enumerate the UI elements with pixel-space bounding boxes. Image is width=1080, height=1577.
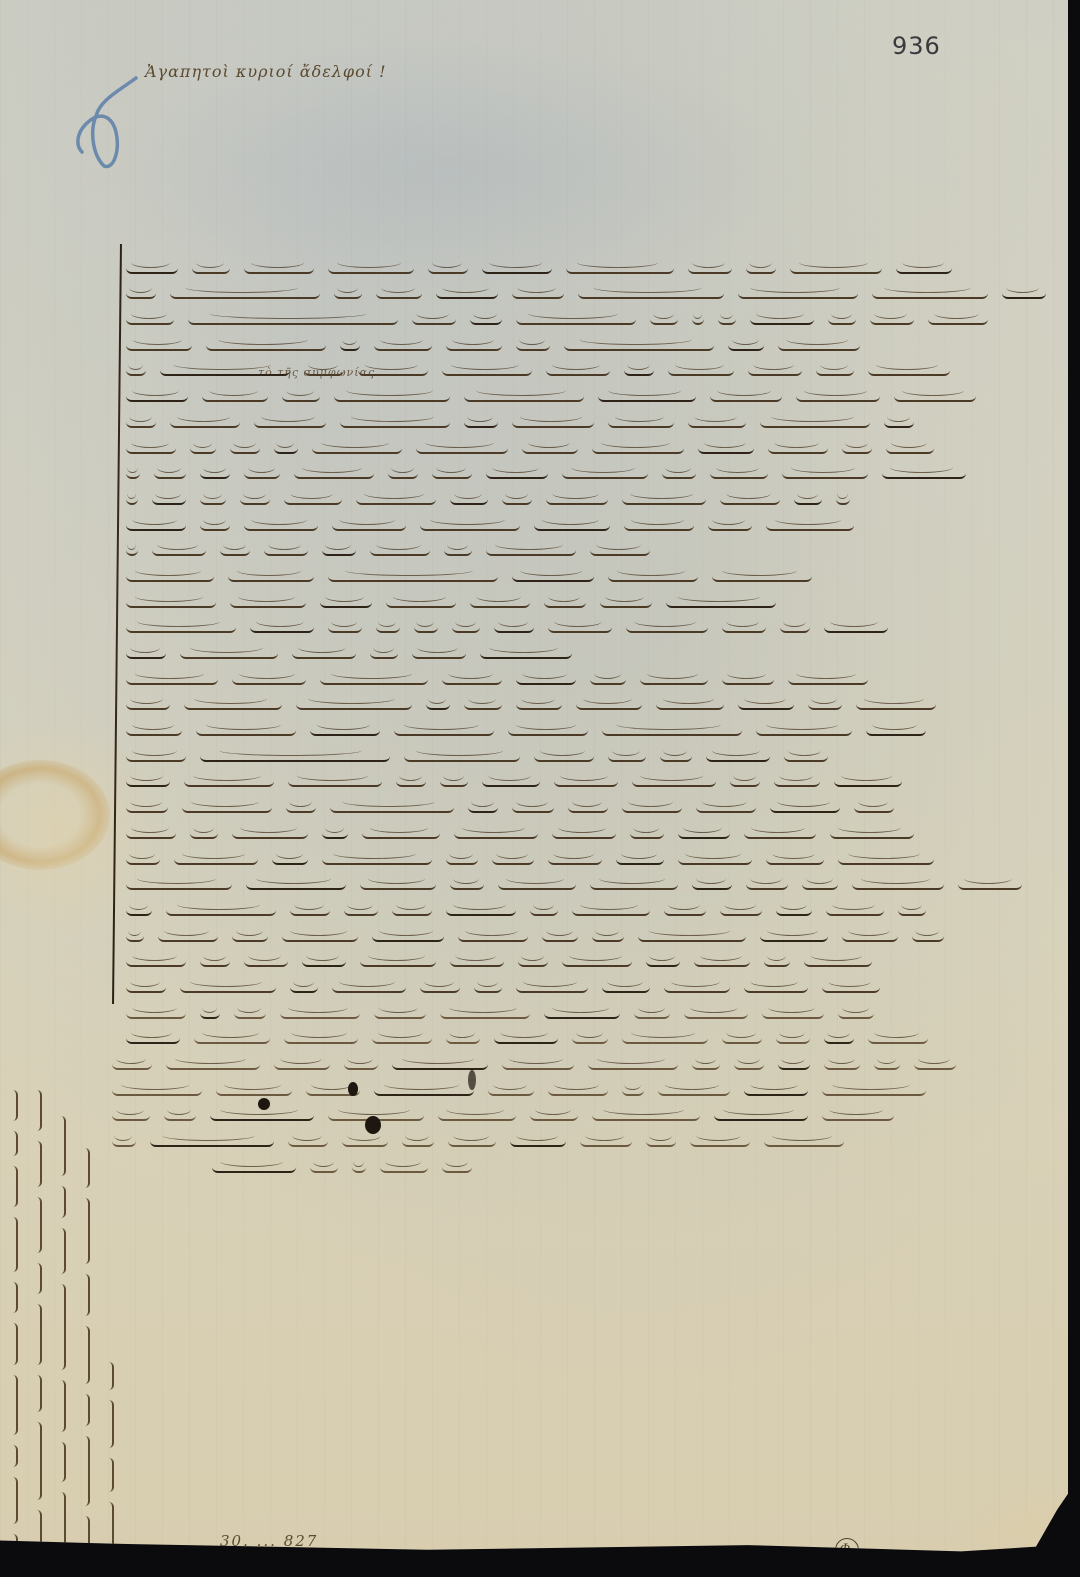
handwritten-word bbox=[738, 699, 794, 710]
handwritten-word bbox=[294, 468, 374, 479]
handwritten-word bbox=[196, 725, 296, 736]
handwritten-word bbox=[690, 1136, 750, 1147]
handwritten-word bbox=[180, 982, 276, 993]
handwritten-word bbox=[244, 263, 314, 274]
handwritten-word bbox=[166, 1059, 260, 1070]
handwritten-word bbox=[512, 802, 554, 813]
handwritten-word bbox=[630, 828, 664, 839]
text-line bbox=[112, 351, 1060, 377]
handwritten-word bbox=[808, 699, 842, 710]
handwritten-word bbox=[210, 1110, 314, 1121]
handwritten-word bbox=[448, 1136, 496, 1147]
text-line bbox=[112, 890, 1060, 916]
handwritten-word bbox=[894, 391, 976, 402]
text-line bbox=[112, 248, 1060, 274]
text-line bbox=[112, 736, 1060, 762]
handwritten-word bbox=[126, 520, 186, 531]
handwritten-word bbox=[958, 879, 1022, 890]
handwritten-word bbox=[386, 597, 456, 608]
handwritten-word bbox=[446, 340, 502, 351]
text-line bbox=[112, 865, 1060, 891]
handwritten-word bbox=[190, 828, 218, 839]
handwritten-word bbox=[200, 751, 390, 762]
handwritten-word bbox=[548, 622, 612, 633]
handwritten-word bbox=[444, 545, 472, 556]
handwritten-word bbox=[750, 314, 814, 325]
handwritten-word bbox=[474, 982, 502, 993]
handwritten-word bbox=[126, 597, 216, 608]
handwritten-word bbox=[164, 1110, 196, 1121]
handwritten-word bbox=[492, 854, 534, 865]
handwritten-word bbox=[250, 622, 314, 633]
text-line bbox=[112, 993, 1060, 1019]
handwritten-word bbox=[666, 597, 776, 608]
handwritten-word bbox=[824, 1033, 854, 1044]
handwritten-word bbox=[784, 751, 828, 762]
handwritten-word bbox=[512, 288, 564, 299]
text-line bbox=[112, 1070, 1060, 1096]
handwritten-word bbox=[488, 1085, 534, 1096]
handwritten-word bbox=[416, 443, 508, 454]
handwritten-word bbox=[842, 931, 898, 942]
handwritten-word bbox=[692, 1059, 720, 1070]
handwritten-word bbox=[126, 725, 182, 736]
handwritten-word bbox=[468, 802, 498, 813]
handwritten-word bbox=[126, 699, 170, 710]
handwritten-word bbox=[822, 1110, 894, 1121]
handwritten-word bbox=[160, 365, 290, 376]
handwritten-word bbox=[778, 1059, 810, 1070]
handwritten-word bbox=[232, 674, 306, 685]
scan-border-right bbox=[1068, 0, 1080, 1577]
handwritten-word bbox=[694, 956, 750, 967]
handwritten-word bbox=[126, 340, 192, 351]
handwritten-word bbox=[572, 1033, 608, 1044]
handwritten-word bbox=[780, 622, 810, 633]
handwritten-word bbox=[290, 905, 330, 916]
handwritten-word bbox=[914, 1059, 956, 1070]
handwritten-word bbox=[322, 545, 356, 556]
handwritten-word bbox=[33, 1141, 42, 1187]
handwritten-word bbox=[57, 1228, 66, 1274]
handwritten-word bbox=[828, 314, 856, 325]
marginal-line bbox=[90, 1090, 114, 1570]
text-line bbox=[112, 710, 1060, 736]
handwritten-word bbox=[760, 417, 870, 428]
handwritten-word bbox=[626, 622, 708, 633]
handwritten-word bbox=[105, 1400, 114, 1448]
handwritten-word bbox=[794, 494, 822, 505]
handwritten-word bbox=[194, 1033, 270, 1044]
handwritten-word bbox=[608, 571, 698, 582]
handwritten-word bbox=[436, 288, 498, 299]
handwritten-word bbox=[842, 443, 872, 454]
handwritten-word bbox=[764, 956, 790, 967]
foxing-stain bbox=[0, 760, 110, 870]
handwritten-word bbox=[838, 1008, 874, 1019]
handwritten-word bbox=[688, 263, 732, 274]
handwritten-word bbox=[360, 956, 436, 967]
handwritten-word bbox=[766, 854, 824, 865]
signature-name: … bbox=[865, 1538, 882, 1558]
text-line bbox=[112, 839, 1060, 865]
text-line bbox=[112, 787, 1060, 813]
handwritten-word bbox=[564, 340, 714, 351]
handwritten-word bbox=[450, 956, 504, 967]
handwritten-word bbox=[200, 520, 230, 531]
handwritten-word bbox=[340, 340, 360, 351]
handwritten-word bbox=[246, 879, 346, 890]
text-line bbox=[112, 1121, 1060, 1147]
handwritten-word bbox=[870, 314, 914, 325]
handwritten-word bbox=[288, 776, 382, 787]
handwritten-word bbox=[126, 751, 186, 762]
handwritten-word bbox=[776, 1033, 810, 1044]
handwritten-word bbox=[328, 622, 362, 633]
handwritten-word bbox=[334, 288, 362, 299]
handwritten-word bbox=[320, 597, 372, 608]
handwritten-word bbox=[898, 905, 926, 916]
handwritten-word bbox=[580, 1136, 632, 1147]
handwritten-word bbox=[1002, 288, 1046, 299]
handwritten-word bbox=[376, 288, 422, 299]
handwritten-word bbox=[728, 340, 764, 351]
handwritten-word bbox=[852, 879, 944, 890]
handwritten-word bbox=[730, 776, 760, 787]
handwritten-word bbox=[508, 725, 588, 736]
handwritten-word bbox=[464, 699, 502, 710]
handwritten-word bbox=[824, 622, 888, 633]
handwritten-word bbox=[796, 391, 880, 402]
handwritten-word bbox=[344, 905, 378, 916]
text-line bbox=[112, 1019, 1060, 1045]
handwritten-word bbox=[764, 1136, 844, 1147]
handwritten-word bbox=[57, 1284, 66, 1370]
handwritten-word bbox=[352, 1162, 366, 1173]
handwritten-word bbox=[714, 1110, 808, 1121]
handwritten-word bbox=[678, 854, 752, 865]
handwritten-word bbox=[546, 365, 610, 376]
handwritten-word bbox=[322, 854, 432, 865]
text-line bbox=[112, 1044, 1060, 1070]
handwritten-word bbox=[782, 468, 868, 479]
handwritten-word bbox=[126, 931, 144, 942]
handwritten-word bbox=[756, 725, 852, 736]
handwritten-word bbox=[464, 417, 498, 428]
handwritten-word bbox=[356, 494, 436, 505]
text-line bbox=[112, 685, 1060, 711]
handwritten-word bbox=[450, 879, 484, 890]
handwritten-word bbox=[170, 417, 240, 428]
handwritten-word bbox=[81, 1436, 90, 1506]
handwritten-word bbox=[394, 725, 494, 736]
handwritten-word bbox=[274, 443, 298, 454]
handwritten-word bbox=[590, 674, 626, 685]
handwritten-word bbox=[712, 571, 812, 582]
handwritten-word bbox=[388, 468, 418, 479]
text-line bbox=[112, 659, 1060, 685]
handwritten-word bbox=[744, 828, 816, 839]
handwritten-word bbox=[650, 314, 678, 325]
handwritten-word bbox=[442, 1162, 472, 1173]
handwritten-word bbox=[592, 931, 624, 942]
handwritten-word bbox=[310, 725, 380, 736]
handwritten-word bbox=[404, 751, 520, 762]
handwritten-word bbox=[516, 982, 588, 993]
handwritten-word bbox=[486, 545, 576, 556]
handwritten-word bbox=[692, 314, 704, 325]
folio-number: 936 bbox=[892, 32, 941, 60]
handwritten-word bbox=[542, 931, 578, 942]
handwritten-word bbox=[872, 288, 988, 299]
text-line bbox=[112, 479, 1060, 505]
handwritten-word bbox=[220, 545, 250, 556]
handwritten-word bbox=[720, 905, 762, 916]
handwritten-word bbox=[9, 1090, 18, 1121]
scan-border-bottom bbox=[0, 1556, 1080, 1577]
handwritten-word bbox=[510, 1136, 566, 1147]
handwritten-word bbox=[882, 468, 966, 479]
handwritten-word bbox=[206, 340, 326, 351]
handwritten-word bbox=[768, 443, 828, 454]
handwritten-word bbox=[886, 443, 934, 454]
handwritten-word bbox=[9, 1375, 18, 1434]
text-line bbox=[112, 402, 1060, 428]
handwritten-word bbox=[280, 1008, 360, 1019]
handwritten-word bbox=[274, 1059, 330, 1070]
handwritten-word bbox=[340, 417, 450, 428]
handwritten-word bbox=[392, 905, 432, 916]
marginal-line bbox=[18, 1090, 42, 1570]
text-line bbox=[112, 633, 1060, 659]
text-line bbox=[112, 762, 1060, 788]
handwritten-word bbox=[428, 263, 468, 274]
handwritten-word bbox=[624, 520, 694, 531]
ink-blot bbox=[258, 1098, 270, 1110]
handwritten-word bbox=[548, 1085, 608, 1096]
text-line bbox=[112, 428, 1060, 454]
handwritten-word bbox=[272, 854, 308, 865]
handwritten-word bbox=[33, 1197, 42, 1253]
handwritten-word bbox=[622, 1085, 644, 1096]
handwritten-word bbox=[622, 1033, 708, 1044]
handwritten-word bbox=[81, 1198, 90, 1264]
handwritten-word bbox=[33, 1304, 42, 1365]
handwritten-word bbox=[126, 1008, 186, 1019]
handwritten-word bbox=[192, 263, 230, 274]
handwritten-word bbox=[112, 1085, 202, 1096]
handwritten-word bbox=[802, 879, 838, 890]
handwritten-word bbox=[105, 1502, 114, 1562]
text-line bbox=[112, 916, 1060, 942]
handwritten-word bbox=[438, 1110, 516, 1121]
blue-pencil-loop-mark bbox=[70, 70, 150, 170]
handwritten-word bbox=[200, 494, 226, 505]
handwritten-word bbox=[602, 982, 650, 993]
manuscript-page: 936 Ἀγαπητοὶ κυριοί ἄδελφοί ! τὸ τῆς συμ… bbox=[0, 0, 1068, 1556]
handwritten-word bbox=[530, 1110, 578, 1121]
handwritten-word bbox=[150, 1136, 274, 1147]
handwritten-word bbox=[302, 956, 346, 967]
handwritten-word bbox=[126, 571, 214, 582]
text-line bbox=[112, 274, 1060, 300]
text-line bbox=[112, 1096, 1060, 1122]
handwritten-word bbox=[126, 443, 176, 454]
handwritten-word bbox=[33, 1375, 42, 1412]
handwritten-word bbox=[668, 365, 734, 376]
handwritten-word bbox=[562, 956, 632, 967]
handwritten-word bbox=[590, 545, 650, 556]
handwritten-word bbox=[562, 468, 648, 479]
handwritten-word bbox=[33, 1263, 42, 1295]
handwritten-word bbox=[516, 674, 576, 685]
handwritten-word bbox=[288, 1136, 328, 1147]
handwritten-word bbox=[470, 597, 530, 608]
handwritten-word bbox=[502, 1059, 574, 1070]
handwritten-word bbox=[664, 905, 706, 916]
handwritten-word bbox=[578, 288, 724, 299]
handwritten-word bbox=[332, 982, 406, 993]
handwritten-word bbox=[202, 391, 268, 402]
handwritten-word bbox=[552, 828, 616, 839]
handwritten-word bbox=[212, 1162, 296, 1173]
handwritten-word bbox=[432, 468, 472, 479]
handwritten-word bbox=[494, 622, 534, 633]
handwritten-word bbox=[392, 1059, 488, 1070]
handwritten-word bbox=[370, 545, 430, 556]
handwritten-word bbox=[216, 1085, 292, 1096]
handwritten-word bbox=[152, 494, 186, 505]
handwritten-word bbox=[286, 802, 316, 813]
handwritten-word bbox=[646, 956, 680, 967]
handwritten-word bbox=[184, 776, 274, 787]
handwritten-word bbox=[836, 494, 850, 505]
salutation: Ἀγαπητοὶ κυριοί ἄδελφοί ! bbox=[145, 62, 387, 81]
handwritten-word bbox=[442, 674, 502, 685]
text-line bbox=[112, 608, 1060, 634]
handwritten-word bbox=[638, 931, 746, 942]
handwritten-word bbox=[522, 443, 578, 454]
handwritten-word bbox=[494, 1033, 558, 1044]
handwritten-word bbox=[57, 1442, 66, 1482]
handwritten-word bbox=[126, 674, 218, 685]
handwritten-word bbox=[328, 263, 414, 274]
text-line bbox=[112, 1147, 1060, 1173]
handwritten-word bbox=[374, 1008, 426, 1019]
handwritten-word bbox=[646, 1136, 676, 1147]
handwritten-word bbox=[804, 956, 872, 967]
handwritten-word bbox=[442, 365, 532, 376]
handwritten-word bbox=[105, 1362, 114, 1390]
handwritten-word bbox=[230, 443, 260, 454]
handwritten-word bbox=[322, 828, 348, 839]
handwritten-word bbox=[608, 751, 646, 762]
handwritten-word bbox=[57, 1492, 66, 1562]
handwritten-word bbox=[244, 956, 288, 967]
text-line bbox=[112, 942, 1060, 968]
handwritten-word bbox=[105, 1458, 114, 1492]
handwritten-word bbox=[450, 494, 488, 505]
handwritten-word bbox=[334, 391, 450, 402]
handwritten-word bbox=[572, 905, 650, 916]
handwritten-word bbox=[486, 468, 548, 479]
handwritten-word bbox=[414, 622, 438, 633]
handwritten-word bbox=[624, 365, 654, 376]
handwritten-word bbox=[234, 1008, 266, 1019]
handwritten-word bbox=[826, 905, 884, 916]
handwritten-word bbox=[834, 776, 902, 787]
marginal-line bbox=[66, 1090, 90, 1570]
handwritten-word bbox=[516, 699, 562, 710]
handwritten-word bbox=[372, 1033, 432, 1044]
handwritten-word bbox=[622, 802, 682, 813]
text-line bbox=[112, 813, 1060, 839]
handwritten-word bbox=[230, 597, 306, 608]
handwritten-word bbox=[546, 494, 608, 505]
handwritten-word bbox=[722, 622, 766, 633]
ink-blot bbox=[348, 1082, 358, 1096]
handwritten-word bbox=[412, 648, 466, 659]
handwritten-word bbox=[734, 1059, 764, 1070]
handwritten-word bbox=[608, 417, 674, 428]
handwritten-word bbox=[470, 314, 502, 325]
handwritten-word bbox=[480, 648, 572, 659]
handwritten-word bbox=[126, 288, 156, 299]
handwritten-word bbox=[822, 982, 880, 993]
handwritten-word bbox=[282, 391, 320, 402]
handwritten-word bbox=[420, 982, 460, 993]
handwritten-word bbox=[576, 699, 642, 710]
text-line bbox=[112, 582, 1060, 608]
handwritten-word bbox=[180, 648, 278, 659]
handwritten-word bbox=[426, 699, 450, 710]
handwritten-word bbox=[9, 1282, 18, 1313]
handwritten-word bbox=[232, 931, 268, 942]
handwritten-word bbox=[112, 1059, 152, 1070]
handwritten-word bbox=[57, 1186, 66, 1218]
handwritten-word bbox=[126, 956, 186, 967]
handwritten-word bbox=[244, 468, 280, 479]
handwritten-word bbox=[464, 391, 584, 402]
handwritten-word bbox=[774, 776, 820, 787]
handwritten-word bbox=[744, 1085, 808, 1096]
handwritten-word bbox=[454, 828, 538, 839]
handwritten-word bbox=[412, 314, 456, 325]
handwritten-word bbox=[664, 982, 730, 993]
handwritten-word bbox=[9, 1131, 18, 1156]
handwritten-word bbox=[290, 982, 318, 993]
handwritten-word bbox=[440, 776, 468, 787]
handwritten-word bbox=[762, 1008, 824, 1019]
handwritten-word bbox=[182, 802, 272, 813]
handwritten-word bbox=[292, 648, 356, 659]
handwritten-word bbox=[678, 828, 730, 839]
handwritten-word bbox=[370, 648, 398, 659]
text-line bbox=[112, 505, 1060, 531]
text-line bbox=[112, 556, 1060, 582]
handwritten-word bbox=[296, 699, 412, 710]
handwritten-word bbox=[254, 417, 326, 428]
handwritten-word bbox=[126, 622, 236, 633]
ink-blot bbox=[365, 1116, 381, 1134]
handwritten-word bbox=[854, 802, 894, 813]
handwritten-word bbox=[760, 931, 828, 942]
text-line bbox=[112, 967, 1060, 993]
handwritten-word bbox=[566, 263, 674, 274]
handwritten-word bbox=[126, 365, 146, 376]
handwritten-word bbox=[868, 365, 950, 376]
marginal-note bbox=[0, 1090, 122, 1570]
